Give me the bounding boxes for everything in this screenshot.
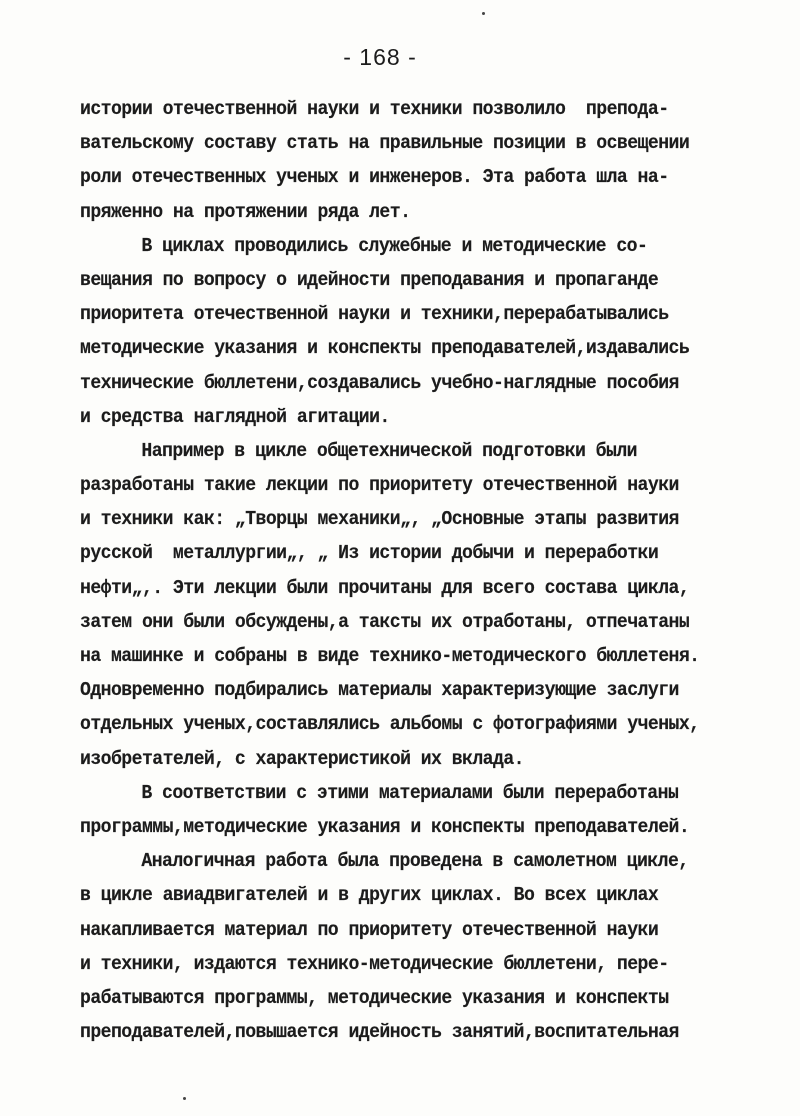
paragraph-first-line: Например в цикле общетехнической подгото… xyxy=(80,434,731,468)
text-line: методические указания и конспекты препод… xyxy=(80,331,731,365)
text-line: роли отечественных ученых и инженеров. Э… xyxy=(80,160,731,194)
text-line: русской металлургии„, „ Из истории добыч… xyxy=(80,536,731,570)
text-line: изобретателей, с характеристикой их вкла… xyxy=(80,742,731,776)
typewritten-text-body: истории отечественной науки и техники по… xyxy=(80,92,780,1049)
text-line: отдельных ученых,составлялись альбомы с … xyxy=(80,707,731,741)
scan-speck xyxy=(183,1097,186,1100)
text-line: нефти„,. Эти лекции были прочитаны для в… xyxy=(80,571,731,605)
text-line: приоритета отечественной науки и техники… xyxy=(80,297,731,331)
text-line: технические бюллетени,создавались учебно… xyxy=(80,366,731,400)
text-line: разработаны такие лекции по приоритету о… xyxy=(80,468,731,502)
text-line: и техники, издаются технико-методические… xyxy=(80,947,731,981)
paragraph-first-line: В циклах проводились служебные и методич… xyxy=(80,229,731,263)
paragraph-first-line: Аналогичная работа была проведена в само… xyxy=(80,844,731,878)
text-line: истории отечественной науки и техники по… xyxy=(80,92,731,126)
paragraph-first-line: В соответствии с этими материалами были … xyxy=(80,776,731,810)
text-line: в цикле авиадвигателей и в других циклах… xyxy=(80,878,731,912)
text-line: затем они были обсуждены,а таксты их отр… xyxy=(80,605,731,639)
text-line: на машинке и собраны в виде технико-мето… xyxy=(80,639,731,673)
text-line: пряженно на протяжении ряда лет. xyxy=(80,195,731,229)
text-line: Одновременно подбирались материалы харак… xyxy=(80,673,731,707)
scan-speck xyxy=(482,12,485,15)
text-line: вещания по вопросу о идейности преподава… xyxy=(80,263,731,297)
text-line: рабатываются программы, методические ука… xyxy=(80,981,731,1015)
text-line: программы,методические указания и конспе… xyxy=(80,810,731,844)
text-line: и техники как: „Творцы механики„, „Основ… xyxy=(80,502,731,536)
text-line: накапливается материал по приоритету оте… xyxy=(80,913,731,947)
text-line: преподавателей,повышается идейность заня… xyxy=(80,1015,731,1049)
text-line: вательскому составу стать на правильные … xyxy=(80,126,731,160)
page-number: - 168 - xyxy=(0,44,760,71)
text-line: и средства наглядной агитации. xyxy=(80,400,731,434)
